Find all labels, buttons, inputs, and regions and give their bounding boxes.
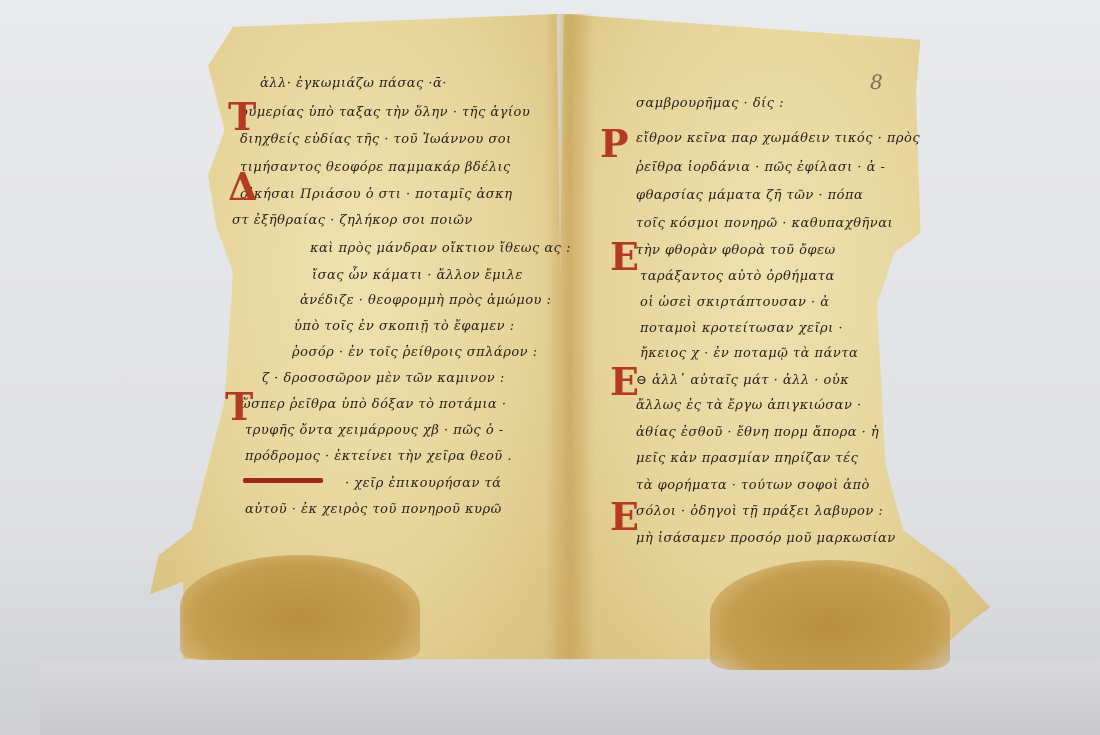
manuscript-line: ζ · δροσοσῶρον μὲν τῶν καμινον : [262, 371, 505, 386]
manuscript-line: ῥεῖθρα ἰορδάνια · πῶς ἐφίλασι · ἀ - [636, 160, 885, 175]
rubricated-initial: Τ [228, 94, 257, 139]
manuscript-line: τὴν φθορὰν φθορὰ τοῦ ὄφεω [636, 243, 836, 258]
manuscript-line: ὥσπερ ῥεῖθρα ὑπὸ δόξαν τὸ ποτάμια · [240, 397, 506, 412]
manuscript-line: ἤκειος χ · ἐν ποταμῷ τὰ πάντα [640, 346, 858, 361]
manuscript-line: φθαρσίας μάματα ζῆ τῶν · πόπα [636, 188, 863, 203]
manuscript-line: ἀθίας ἐσθοῦ · ἔθνη πορμ ἄπορα · ἡ [636, 425, 879, 440]
manuscript-line: οἰκήσαι Πριάσου ὁ στι · ποταμῖς ἀσκη [240, 187, 513, 202]
manuscript-line: ⊖ ἀλλ᾽ αὐταῖς μάτ · ἀλλ · οὐκ [636, 373, 849, 388]
support-board [40, 660, 1100, 735]
manuscript-line: μεῖς κἀν πρασμίαν πηρίζαν τές [636, 451, 858, 466]
erased-rubric [243, 478, 323, 483]
rubricated-initial: Ε [610, 494, 639, 539]
manuscript-line: τρυφῆς ὄντα χειμάρρους χβ · πῶς ὁ - [245, 423, 504, 438]
manuscript-line: τὰ φορήματα · τούτων σοφοὶ ἀπὸ [636, 478, 870, 493]
manuscript-line: εἴθρον κεῖνα παρ χωμάθειν τικός · πρὸς [636, 131, 920, 146]
rubricated-initial: Ε [610, 359, 639, 404]
manuscript-line: στ ἐξῆθραίας · ζηλήκορ σοι ποιῶν [232, 213, 473, 228]
rubricated-initial: Ρ [600, 121, 629, 166]
manuscript-line: τοῖς κόσμοι πονηρῶ · καθυπαχθῆναι [636, 216, 893, 231]
manuscript-line: μὴ ἰσάσαμεν προσόρ μοῦ μαρκωσίαν [636, 531, 896, 546]
rubricated-initial: Ε [610, 234, 639, 279]
manuscript-line: καὶ πρὸς μάνδραν οἴκτιον ἴθεως ας : [310, 241, 571, 256]
manuscript-line: ουμερίας ὑπὸ ταξας τὴν ὅλην · τῆς ἁγίου [240, 105, 530, 120]
manuscript-line: διηχθείς εὐδίας τῆς · τοῦ Ἰωάννου σοι [240, 132, 512, 147]
manuscript-line: σαμβρουρῆμας · δίς : [636, 96, 784, 111]
manuscript-line: τιμήσαντος θεοφόρε παμμακάρ βδέλις [240, 160, 511, 175]
water-stain-left [180, 555, 420, 660]
manuscript-line: πρόδρομος · ἐκτείνει τὴν χεῖρα θεοῦ . [245, 449, 512, 464]
manuscript-line: ἀνέδιζε · θεοφρομμὴ πρὸς ἀμώμου : [300, 293, 551, 308]
water-stain-right [710, 560, 950, 670]
manuscript-line: αὐτοῦ · ἐκ χειρὸς τοῦ πονηροῦ κυρῶ [245, 502, 502, 517]
binding-gutter [545, 14, 595, 659]
manuscript-photo: 8 ἀλλ· ἐγκωμιάζω πάσας ·ᾱ·ουμερίας ὑπὸ τ… [0, 0, 1100, 735]
manuscript-line: ῥοσόρ · ἐν τοῖς ῥείθροις σπλάρον : [292, 345, 538, 360]
rubricated-initial: Τ [225, 384, 254, 429]
rubricated-initial: Δ [228, 164, 258, 209]
manuscript-line: ποταμοὶ κροτείτωσαν χεῖρι · [640, 321, 843, 336]
manuscript-line: ὑπὸ τοῖς ἐν σκοπιῇ τὸ ἔφαμεν : [294, 319, 515, 334]
manuscript-line: οἱ ὡσεὶ σκιρτάπτουσαν · ἀ [640, 295, 830, 310]
manuscript-line: ἀλλ· ἐγκωμιάζω πάσας ·ᾱ· [260, 76, 447, 91]
manuscript-line: · χεῖρ ἐπικουρήσαν τά [345, 476, 501, 491]
manuscript-line: ταράξαντος αὐτὸ ὀρθήματα [640, 269, 835, 284]
manuscript-line: σόλοι · ὁδηγοὶ τῇ πράξει λαβυρον : [636, 504, 883, 519]
manuscript-line: ἴσας ὧν κάματι · ἄλλον ἔμιλε [312, 268, 523, 283]
manuscript-line: ἄλλως ἐς τὰ ἔργω ἀπιγκιώσαν · [636, 398, 862, 413]
folio-number: 8 [870, 70, 883, 94]
